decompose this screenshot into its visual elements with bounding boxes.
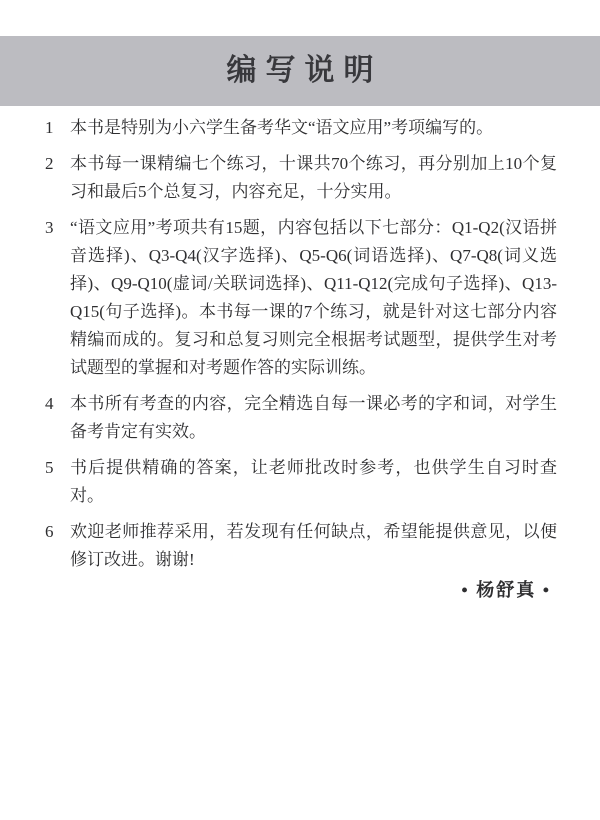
note-number: 1 (45, 114, 70, 142)
note-text: “语文应用”考项共有15题，内容包括以下七部分：Q1-Q2(汉语拼音选择)、Q3… (70, 214, 557, 382)
note-item-3: 3 “语文应用”考项共有15题，内容包括以下七部分：Q1-Q2(汉语拼音选择)、… (45, 214, 557, 382)
note-number: 3 (45, 214, 70, 382)
note-item-6: 6 欢迎老师推荐采用，若发现有任何缺点，希望能提供意见，以便修订改进。谢谢! (45, 518, 557, 574)
note-number: 6 (45, 518, 70, 574)
note-number: 2 (45, 150, 70, 206)
note-text: 本书所有考查的内容，完全精选自每一课必考的字和词，对学生备考肯定有实效。 (70, 390, 557, 446)
note-number: 4 (45, 390, 70, 446)
note-number: 5 (45, 454, 70, 510)
notes-list: 1 本书是特别为小六学生备考华文“语文应用”考项编写的。 2 本书每一课精编七个… (45, 114, 557, 582)
book-page: 编写说明 1 本书是特别为小六学生备考华文“语文应用”考项编写的。 2 本书每一… (0, 0, 600, 820)
note-text: 书后提供精确的答案，让老师批改时参考，也供学生自习时查对。 (70, 454, 557, 510)
page-title: 编写说明 (218, 36, 383, 106)
note-text: 本书每一课精编七个练习，十课共70个练习，再分别加上10个复习和最后5个总复习，… (70, 150, 557, 206)
header-band: 编写说明 (0, 36, 600, 106)
note-item-2: 2 本书每一课精编七个练习，十课共70个练习，再分别加上10个复习和最后5个总复… (45, 150, 557, 206)
note-text: 欢迎老师推荐采用，若发现有任何缺点，希望能提供意见，以便修订改进。谢谢! (70, 518, 557, 574)
note-item-1: 1 本书是特别为小六学生备考华文“语文应用”考项编写的。 (45, 114, 557, 142)
note-item-4: 4 本书所有考查的内容，完全精选自每一课必考的字和词，对学生备考肯定有实效。 (45, 390, 557, 446)
note-text: 本书是特别为小六学生备考华文“语文应用”考项编写的。 (70, 114, 557, 142)
note-item-5: 5 书后提供精确的答案，让老师批改时参考，也供学生自习时查对。 (45, 454, 557, 510)
author-signature: • 杨舒真 • (461, 576, 551, 602)
